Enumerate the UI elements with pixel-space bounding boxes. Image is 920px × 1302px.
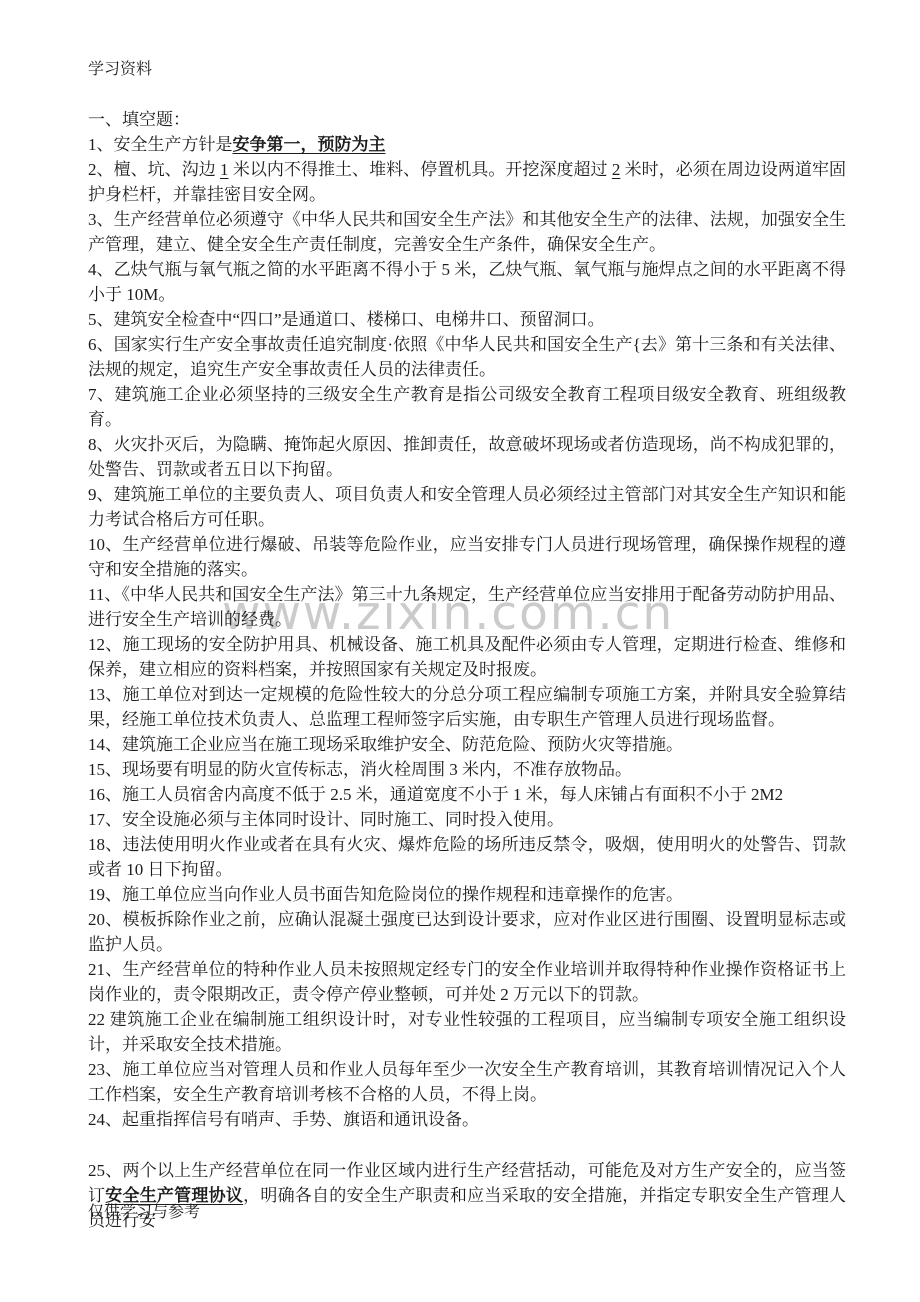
answer-blank: 1 — [220, 160, 229, 179]
question-item-3: 3、生产经营单位必须遵守《中华人民共和国安全生产法》和其他安全生产的法律、法规，… — [88, 207, 846, 257]
question-item-2: 2、檀、坑、沟边 1 米以内不得推土、堆料、停置机具。开挖深度超过 2 米时，必… — [88, 157, 846, 207]
question-item-8: 8、火灾扑灭后，为隐瞒、掩饰起火原因、推卸责任，故意破坏现场或者仿造现场，尚不构… — [88, 432, 846, 482]
question-item-9: 9、建筑施工单位的主要负责人、项目负责人和安全管理人员必须经过主管部门对其安全生… — [88, 482, 846, 532]
question-item-10: 10、生产经营单位进行爆破、吊装等危险作业，应当安排专门人员进行现场管理，确保操… — [88, 532, 846, 582]
question-item-16: 16、施工人员宿舍内高度不低于 2.5 米，通道宽度不小于 1 米，每人床铺占有… — [88, 782, 846, 807]
question-item-18: 18、违法使用明火作业或者在具有火灾、爆炸危险的场所违反禁令，吸烟，使用明火的处… — [88, 832, 846, 882]
document-page: 学习资料 www.zixin.com.cn 一、填空题： 1、安全生产方针是安争… — [0, 0, 920, 1302]
question-item-25: 25、两个以上生产经营单位在同一作业区域内进行生产经营括动，可能危及对方生产安全… — [88, 1158, 846, 1233]
question-item-22: 22 建筑施工企业在编制施工组织设计时，对专业性较强的工程项目，应当编制专项安全… — [88, 1007, 846, 1057]
document-body: 一、填空题： 1、安全生产方针是安争第一，预防为主 2、檀、坑、沟边 1 米以内… — [88, 107, 846, 1233]
question-text: 1、安全生产方针是 — [88, 135, 233, 154]
question-item-21: 21、生产经营单位的特种作业人员未按照规定经专门的安全作业培训并取得特种作业操作… — [88, 957, 846, 1007]
question-item-5: 5、建筑安全检查中“四口”是通道口、楼梯口、电梯井口、预留洞口。 — [88, 307, 846, 332]
answer-blank: 安争第一，预防为主 — [233, 135, 386, 154]
question-item-19: 19、施工单位应当向作业人员书面告知危险岗位的操作规程和违章操作的危害。 — [88, 882, 846, 907]
question-item-12: 12、施工现场的安全防护用具、机械设备、施工机具及配件必须由专人管理，定期进行检… — [88, 632, 846, 682]
section-title: 一、填空题： — [88, 107, 846, 132]
question-item-11: 11、《中华人民共和国安全生产法》第三十九条规定，生产经营单位应当安排用于配备劳… — [88, 582, 846, 632]
question-item-15: 15、现场要有明显的防火宣传标志，消火栓周围 3 米内，不准存放物品。 — [88, 757, 846, 782]
question-item-17: 17、安全设施必须与主体同时设计、同时施工、同时投入使用。 — [88, 807, 846, 832]
question-item-6: 6、国家实行生产安全事故责任追究制度·依照《中华人民共和国安全生产{去》第十三条… — [88, 332, 846, 382]
question-item-14: 14、建筑施工企业应当在施工现场采取维护安全、防范危险、预防火灾等措施。 — [88, 732, 846, 757]
question-item-23: 23、施工单位应当对管理人员和作业人员每年至少一次安全生产教育培训，其教育培训情… — [88, 1057, 846, 1107]
page-header: 学习资料 — [88, 60, 152, 80]
question-item-4: 4、乙炔气瓶与氧气瓶之简的水平距离不得小于 5 米，乙炔气瓶、氧气瓶与施焊点之间… — [88, 257, 846, 307]
question-item-24: 24、起重指挥信号有哨声、手势、旗语和通讯设备。 — [88, 1107, 846, 1132]
question-text: 2、檀、坑、沟边 — [88, 160, 220, 179]
page-footer: 仅供学习与参考 — [88, 1203, 200, 1223]
question-item-1: 1、安全生产方针是安争第一，预防为主 — [88, 132, 846, 157]
question-item-20: 20、模板拆除作业之前，应确认混凝土强度已达到设计要求，应对作业区进行围圈、设置… — [88, 907, 846, 957]
question-text: 米以内不得推土、堆料、停置机具。开挖深度超过 — [229, 160, 612, 179]
question-item-7: 7、建筑施工企业必须坚持的三级安全生产教育是指公司级安全教育工程项目级安全教育、… — [88, 382, 846, 432]
question-item-13: 13、施工单位对到达一定规模的危险性较大的分总分项工程应编制专项施工方案，并附具… — [88, 682, 846, 732]
